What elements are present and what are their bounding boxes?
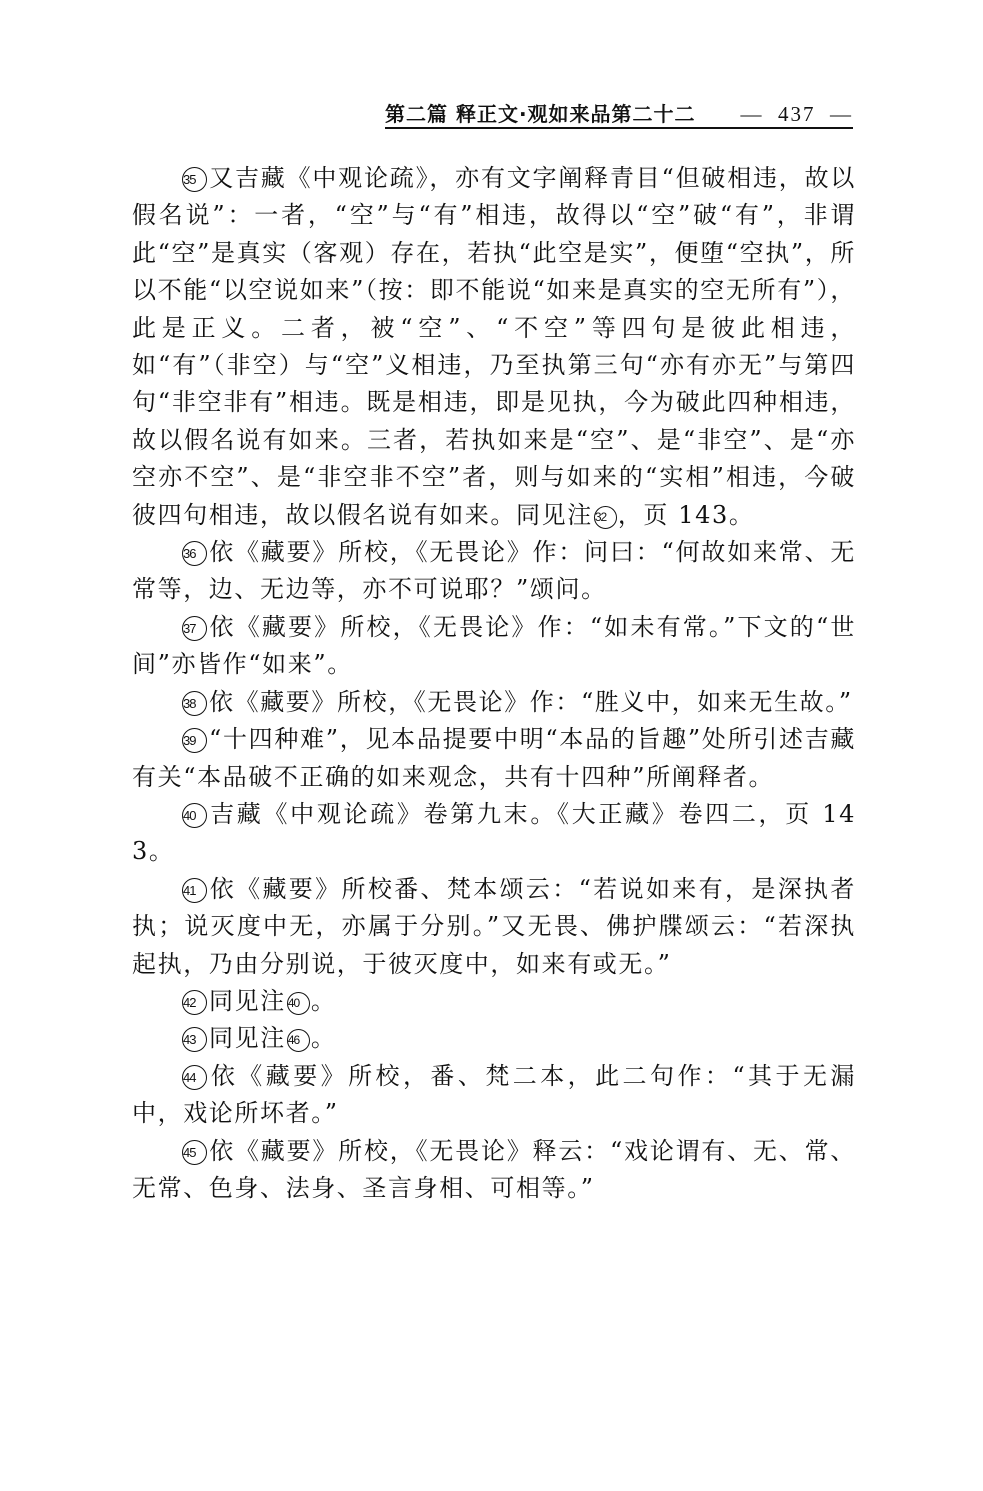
note-text-tail: ，页 143。 <box>618 501 755 529</box>
note-45: 45依《藏要》所校，《无畏论》释云：“戏论谓有、无、常、无常、色身、法身、圣言身… <box>132 1133 856 1208</box>
note-number: 43 <box>182 1027 207 1052</box>
note-36: 36依《藏要》所校，《无畏论》作：问曰：“何故如来常、无常等，边、无边等，亦不可… <box>132 534 856 609</box>
note-text: 依《藏要》所校，《无畏论》作：“胜义中，如来无生故。” <box>209 688 853 716</box>
note-text: 依《藏要》所校，《无畏论》作：“如未有常。”下文的“世间”亦皆作“如来”。 <box>132 613 856 678</box>
note-37: 37依《藏要》所校，《无畏论》作：“如未有常。”下文的“世间”亦皆作“如来”。 <box>132 609 856 684</box>
note-text-tail: 。 <box>311 1024 337 1052</box>
note-42: 42同见注40。 <box>132 983 856 1020</box>
note-number: 44 <box>182 1065 207 1090</box>
note-40: 40吉藏《中观论疏》卷第九末。《大正藏》卷四二，页 143。 <box>132 796 856 871</box>
note-text: 又吉藏《中观论疏》，亦有文字阐释青目“但破相违，故以假名说”：一者，“空”与“有… <box>132 164 856 529</box>
note-text-tail: 。 <box>311 987 337 1015</box>
page-number: — 437 — <box>741 102 854 126</box>
note-text: “十四种难”，见本品提要中明“本品的旨趣”处所引述吉藏有关“本品破不正确的如来观… <box>132 725 856 790</box>
note-text: 吉藏《中观论疏》卷第九末。《大正藏》卷四二，页 143。 <box>132 800 856 865</box>
note-reference: 46 <box>287 1029 310 1052</box>
endnotes: 35又吉藏《中观论疏》，亦有文字阐释青目“但破相违，故以假名说”：一者，“空”与… <box>132 160 856 1207</box>
note-number: 37 <box>182 616 207 641</box>
note-text: 依《藏要》所校，《无畏论》释云：“戏论谓有、无、常、无常、色身、法身、圣言身相、… <box>132 1137 856 1202</box>
note-38: 38依《藏要》所校，《无畏论》作：“胜义中，如来无生故。” <box>132 684 856 721</box>
note-35: 35又吉藏《中观论疏》，亦有文字阐释青目“但破相违，故以假名说”：一者，“空”与… <box>132 160 856 534</box>
note-41: 41依《藏要》所校番、梵本颂云：“若说如来有，是深执者执；说灭度中无，亦属于分别… <box>132 871 856 983</box>
note-number: 38 <box>182 691 207 716</box>
note-reference: 40 <box>287 992 310 1015</box>
note-number: 36 <box>182 541 207 566</box>
chapter-title: 第二篇 释正文·观如来品第二十二 <box>385 102 696 126</box>
note-text: 依《藏要》所校，番、梵二本，此二句作：“其于无漏中，戏论所坏者。” <box>132 1062 856 1127</box>
note-43: 43同见注46。 <box>132 1020 856 1057</box>
note-number: 42 <box>182 990 207 1015</box>
running-header: 第二篇 释正文·观如来品第二十二 — 437 — <box>385 100 853 129</box>
note-text: 同见注 <box>209 987 286 1015</box>
note-44: 44依《藏要》所校，番、梵二本，此二句作：“其于无漏中，戏论所坏者。” <box>132 1058 856 1133</box>
note-number: 35 <box>182 167 207 192</box>
note-39: 39“十四种难”，见本品提要中明“本品的旨趣”处所引述吉藏有关“本品破不正确的如… <box>132 721 856 796</box>
note-number: 45 <box>182 1140 207 1165</box>
note-number: 40 <box>182 803 207 828</box>
note-number: 41 <box>182 878 207 903</box>
note-number: 39 <box>182 728 207 753</box>
note-text: 依《藏要》所校，《无畏论》作：问曰：“何故如来常、无常等，边、无边等，亦不可说耶… <box>132 538 856 603</box>
note-text: 依《藏要》所校番、梵本颂云：“若说如来有，是深执者执；说灭度中无，亦属于分别。”… <box>132 875 856 978</box>
note-reference: 32 <box>594 506 617 529</box>
note-text: 同见注 <box>209 1024 286 1052</box>
